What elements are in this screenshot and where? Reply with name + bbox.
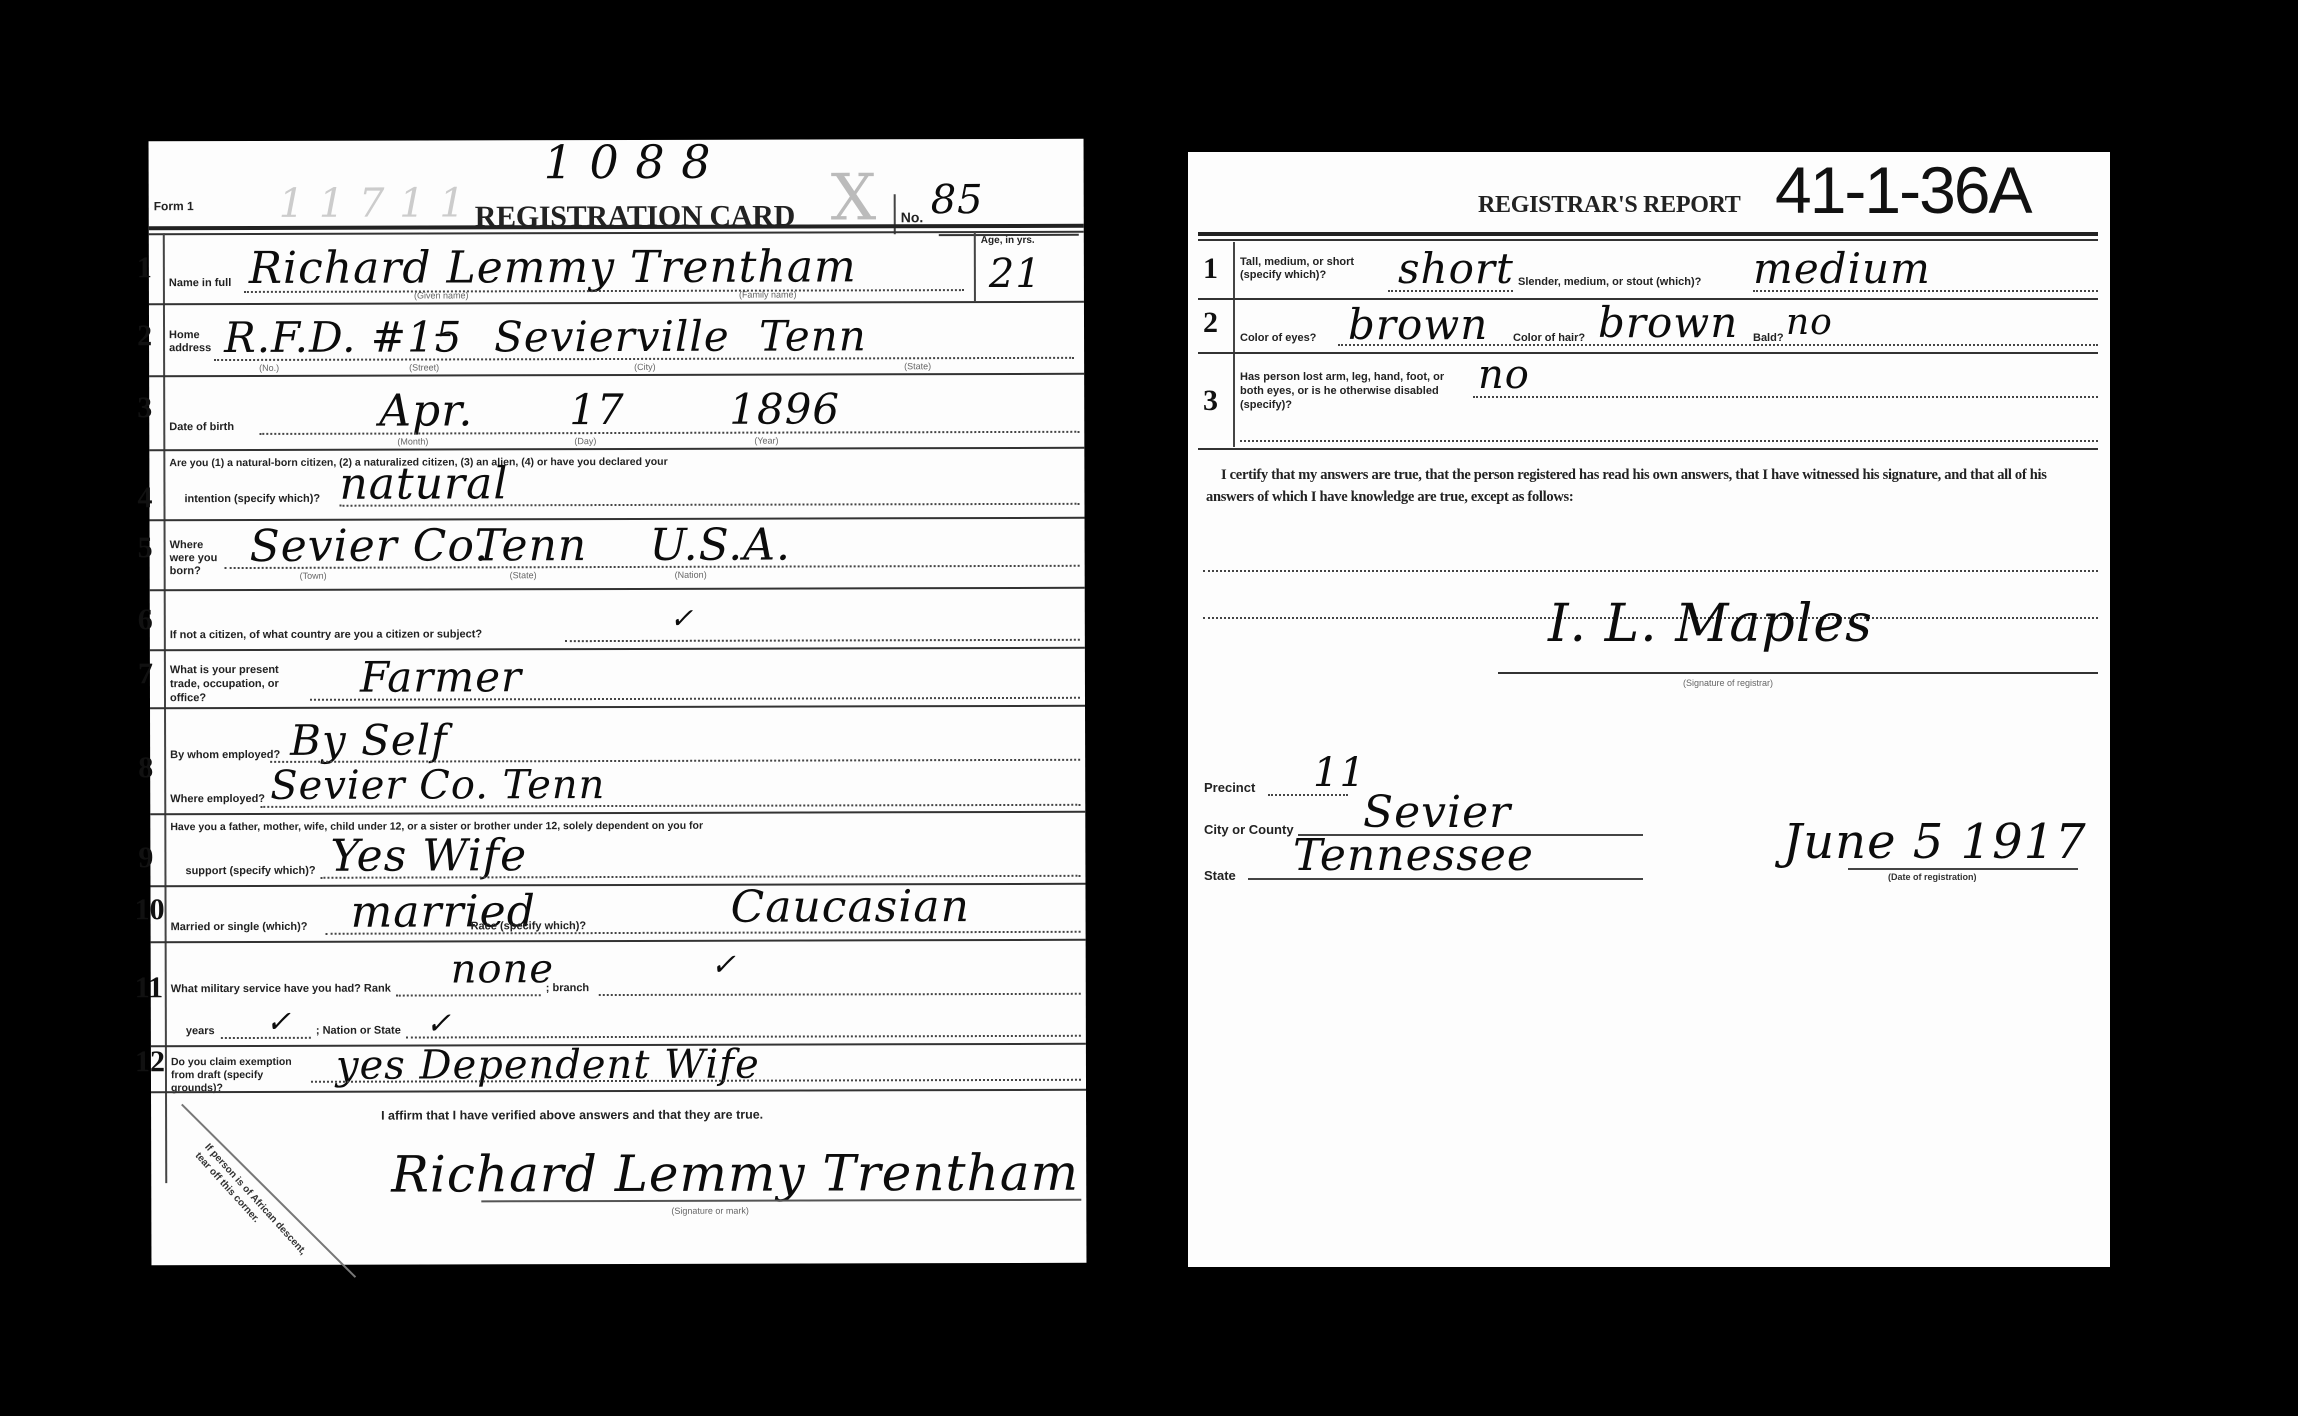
age-label: Age, in yrs. [981,235,1035,246]
age-value: 21 [989,251,1042,297]
birth-month-value: Apr. [379,385,473,436]
field-label: Has person lost arm, leg, hand, foot, or… [1240,370,1470,412]
faint-stamp: 1 1 7 1 1 [279,180,466,226]
disability-value: no [1478,352,1530,398]
top-annotation: 1 0 8 8 [544,135,712,189]
affirmation-text: I affirm that I have verified above answ… [381,1108,763,1123]
signature-label: (Signature or mark) [671,1206,749,1216]
row-number: 10 [134,893,164,927]
hair-color-value: brown [1598,298,1738,347]
certification-text: I certify that my answers are true, that… [1206,464,2096,508]
race-value: Caucasian [730,881,969,933]
address-city-value: Sevierville [494,312,730,362]
row-number: 12 [135,1045,165,1079]
address-street-value: – [434,312,453,353]
occupation-value: Farmer [360,652,522,701]
field-label: Tall, medium, or short (specify which)? [1240,256,1360,282]
city-or-county-label: City or County [1204,822,1294,837]
row-number: 6 [138,603,153,637]
sub-label: (Year) [754,436,778,446]
sub-label: (Nation) [675,570,707,580]
sub-label: (Day) [574,436,596,446]
row-number: 8 [138,751,153,785]
registrar-signature-label: (Signature of registrar) [1683,678,1773,688]
military-rank-value: none [451,946,554,992]
state-value: Tennessee [1293,830,1534,881]
citizenship-value: natural [339,458,508,509]
field-label: Where employed? [170,793,265,805]
years-label: years [186,1025,215,1037]
registration-date-value: June 5 1917 [1783,814,2087,870]
birthplace-nation-value: U.S.A. [650,520,791,571]
address-state-value: Tenn [759,311,867,360]
form-label: Form 1 [154,199,194,213]
sub-label: (Town) [300,571,327,581]
row-number: 1 [1203,252,1218,286]
field-label: Married or single (which)? [171,921,308,933]
field-label: Home address [169,329,209,355]
row-number: 3 [1203,384,1218,418]
field-label: Do you claim exemption from draft (speci… [171,1056,306,1095]
report-code: 41-1-36A [1775,152,2031,228]
sub-label: (No.) [259,363,279,373]
number-label: No. [901,209,924,225]
birth-year-value: 1896 [729,384,840,433]
row-number: 9 [138,841,153,875]
row-number: 7 [138,657,153,691]
row-number: 11 [135,971,163,1005]
build-value: medium [1753,244,1931,293]
address-number-value: R.F.D. #15 [224,312,463,362]
field-label: Bald? [1753,332,1784,344]
field-label: Slender, medium, or stout (which)? [1518,276,1701,288]
field-label: By whom employed? [170,749,280,761]
sub-label: (Month) [397,436,428,446]
eye-color-value: brown [1348,300,1488,349]
field-label: What military service have you had? Rank [171,983,391,996]
tear-off-corner-line [181,1104,356,1278]
place-of-employment-value: Sevier Co. Tenn [270,762,605,809]
registration-number: 85 [931,177,984,223]
dependents-value: Yes Wife [330,830,527,882]
row-number: 1 [137,251,152,285]
report-title: REGISTRAR'S REPORT [1478,192,1740,219]
field-label: support (specify which)? [185,865,315,877]
field-label: What is your present trade, occupation, … [170,663,305,705]
height-value: short [1398,244,1514,293]
row-number: 5 [138,531,153,565]
tear-off-corner-note: If person is of African descent, tear of… [192,1141,312,1270]
registrant-signature: Richard Lemmy Trentham [391,1144,1079,1204]
row-number: 2 [1203,306,1218,340]
row-number: 4 [137,481,152,515]
military-years-value: ✓ [266,1005,292,1040]
registrar-signature: I. L. Maples [1548,594,1873,654]
row-number: 2 [137,319,152,353]
sub-label: (City) [634,362,656,372]
registration-card: Form 1 1 1 7 1 1 1 0 8 8 REGISTRATION CA… [149,139,1087,1265]
sub-label: (Street) [409,362,439,372]
field-label: Date of birth [169,421,234,433]
military-branch-value: ✓ [711,948,737,983]
registration-date-label: (Date of registration) [1888,872,1977,882]
citizen-of-country-value: ✓ [670,602,695,635]
birthplace-state-value: Tenn [475,520,588,571]
field-label: Color of hair? [1513,332,1585,344]
birth-day-value: 17 [569,385,625,434]
bald-value: no [1786,302,1833,343]
race-label: Race (specify which)? [471,920,587,932]
registrars-report-card: REGISTRAR'S REPORT 41-1-36A 1 Tall, medi… [1188,152,2110,1267]
field-label: Color of eyes? [1240,332,1316,344]
name-in-full-value: Richard Lemmy Trentham [249,241,857,294]
field-label: If not a citizen, of what country are yo… [170,628,482,641]
sub-label: (State) [904,361,931,371]
employer-value: By Self [290,715,448,764]
precinct-value: 11 [1313,750,1366,796]
precinct-label: Precinct [1204,780,1255,795]
field-label: intention (specify which)? [184,493,320,505]
nation-or-state-label: ; Nation or State [316,1025,401,1037]
field-label: Name in full [169,277,231,289]
birthplace-town-value: Sevier Co. [250,520,490,572]
sub-label: (State) [510,570,537,580]
field-label: Where were you born? [170,539,225,578]
state-label: State [1204,868,1236,883]
row-number: 3 [137,391,152,425]
branch-label: ; branch [546,982,589,994]
